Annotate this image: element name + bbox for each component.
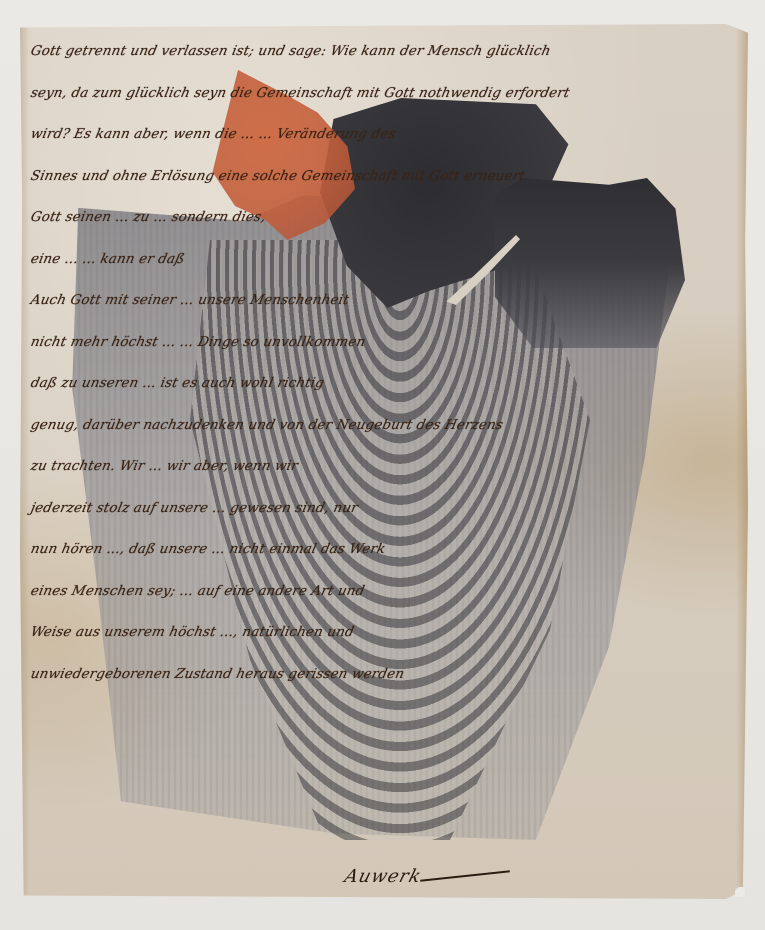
- text-line: daß zu unseren ... ist es auch wohl rich…: [24, 376, 733, 418]
- text-line: eines Menschen sey; ... auf eine andere …: [24, 584, 733, 626]
- text-line: zu trachten. Wir ... wir aber, wenn wir: [24, 459, 733, 501]
- text-line: wird? Es kann aber, wenn die ... ... Ver…: [24, 127, 733, 169]
- text-line: eine ... ... kann er daß: [24, 252, 733, 294]
- text-line: genug, darüber nachzudenken und von der …: [24, 418, 733, 460]
- text-line: Auch Gott mit seiner ... unsere Menschen…: [24, 293, 733, 335]
- text-line: seyn, da zum glücklich seyn die Gemeinsc…: [24, 86, 733, 128]
- text-line: unwiedergeborenen Zustand heraus gerisse…: [24, 667, 733, 709]
- manuscript-text: Gott getrennt und verlassen ist; und sag…: [28, 44, 728, 708]
- text-line: Sinnes und ohne Erlösung eine solche Gem…: [24, 169, 733, 211]
- signature: Auwerk: [342, 866, 424, 887]
- text-line: nun hören ..., daß unsere ... nicht einm…: [24, 542, 733, 584]
- text-line: Gott seinen ... zu ... sondern dies,: [24, 210, 733, 252]
- torn-corner: [735, 887, 745, 897]
- text-line: jederzeit stolz auf unsere ... gewesen s…: [24, 501, 733, 543]
- text-line: Weise aus unserem höchst ..., natürliche…: [24, 625, 733, 667]
- text-line: Gott getrennt und verlassen ist; und sag…: [24, 44, 733, 86]
- text-line: nicht mehr höchst ... ... Dinge so unvol…: [24, 335, 733, 377]
